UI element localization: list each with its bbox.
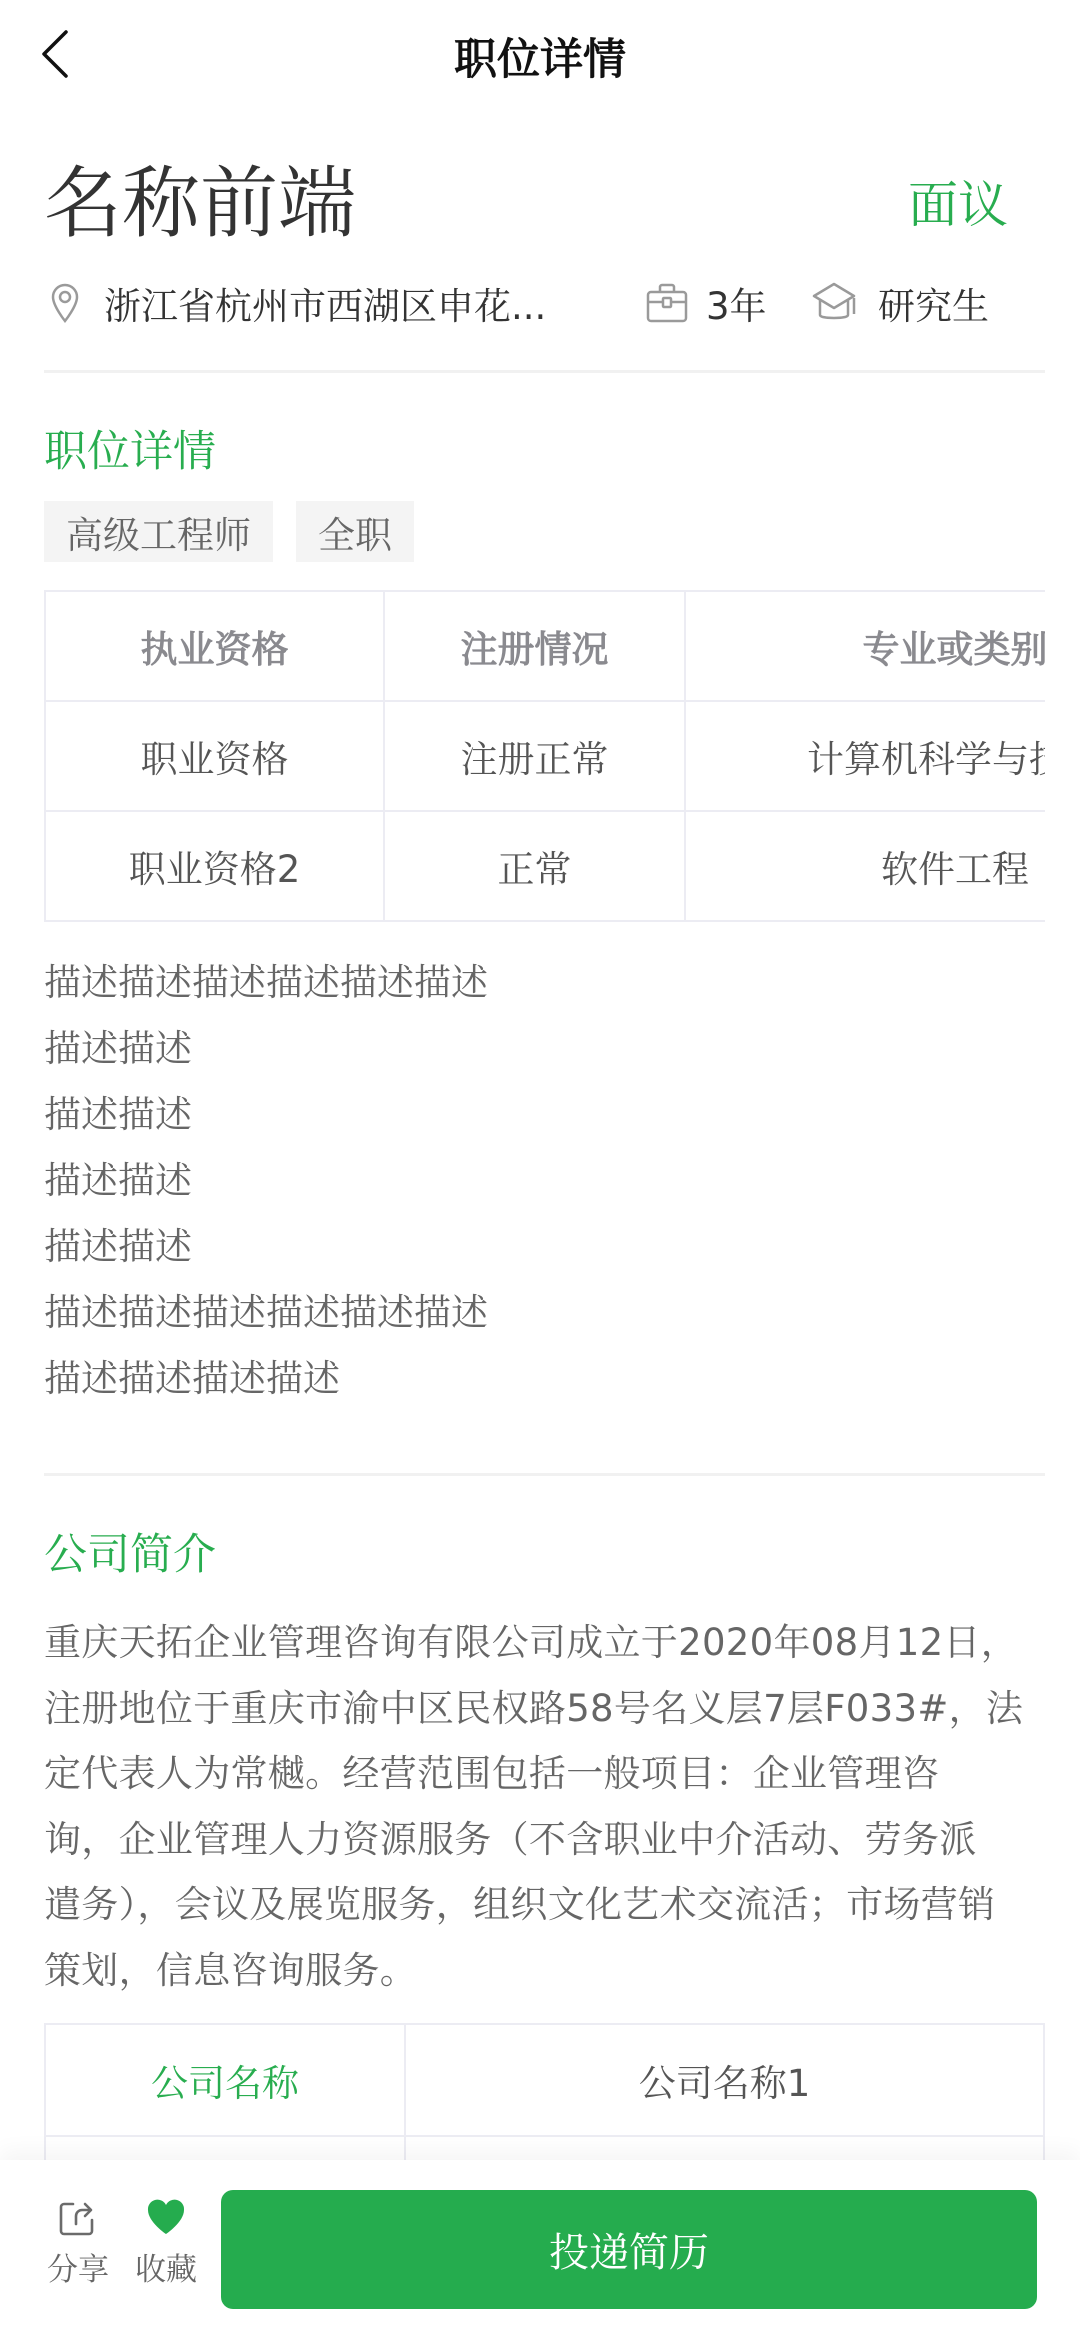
- share-label: 分享: [47, 2250, 109, 2290]
- favorite-label: 收藏: [135, 2250, 197, 2290]
- tag-level: 高级工程师: [44, 501, 273, 562]
- page-title: 职位详情: [0, 30, 1080, 90]
- job-tags: 高级工程师 全职: [44, 501, 414, 562]
- tag-type: 全职: [296, 501, 414, 562]
- company-intro-line: 遣务），会议及展览服务，组织文化艺术交流活；市场营销: [44, 1872, 1050, 1938]
- company-section-title: 公司简介: [44, 1527, 216, 1583]
- table-cell: 计算机科学与技术: [685, 701, 1045, 811]
- job-meta: 浙江省杭州市西湖区申花... 3年 研究生: [44, 275, 1044, 331]
- divider: [44, 370, 1045, 373]
- experience-text: 3年: [706, 276, 767, 330]
- education-text: 研究生: [878, 276, 989, 330]
- table-row: 职业资格 注册正常 计算机科学与技术: [45, 701, 1045, 811]
- table-cell: 注册正常: [384, 701, 685, 811]
- company-intro-line: 注册地位于重庆市渝中区民权路58号名义层7层F033#，法: [44, 1676, 1050, 1742]
- table-header-row: 执业资格 注册情况 专业或类别: [45, 591, 1045, 701]
- briefcase-icon: [646, 283, 688, 323]
- share-icon: [59, 2198, 97, 2236]
- table-header-cell: 注册情况: [384, 591, 685, 701]
- submit-resume-button[interactable]: 投递简历: [221, 2190, 1037, 2309]
- company-intro: 重庆天拓企业管理咨询有限公司成立于2020年08月12日， 注册地位于重庆市渝中…: [44, 1610, 1050, 2003]
- job-detail-section-title: 职位详情: [44, 424, 216, 480]
- job-description: 描述描述描述描述描述描述 描述描述 描述描述 描述描述 描述描述 描述描述描述描…: [44, 950, 488, 1412]
- table-row: 公司名称 公司名称1: [45, 2024, 1044, 2136]
- table-header-cell: 专业或类别: [685, 591, 1045, 701]
- share-button[interactable]: 分享: [38, 2198, 118, 2290]
- company-name-label: 公司名称: [45, 2024, 405, 2136]
- table-cell: 职业资格: [45, 701, 384, 811]
- table-cell: 正常: [384, 811, 685, 921]
- divider: [44, 1473, 1045, 1476]
- description-line: 描述描述描述描述描述描述: [44, 950, 488, 1016]
- description-line: 描述描述: [44, 1214, 488, 1280]
- heart-icon: [146, 2198, 186, 2236]
- description-line: 描述描述描述描述: [44, 1346, 488, 1412]
- table-row: 职业资格2 正常 软件工程: [45, 811, 1045, 921]
- description-line: 描述描述: [44, 1082, 488, 1148]
- qualification-table-scroll[interactable]: 执业资格 注册情况 专业或类别 职业资格 注册正常 计算机科学与技术 职业资格2…: [44, 590, 1045, 922]
- company-name-value: 公司名称1: [405, 2024, 1044, 2136]
- description-line: 描述描述: [44, 1016, 488, 1082]
- salary: 面议: [908, 172, 1008, 238]
- company-intro-line: 重庆天拓企业管理咨询有限公司成立于2020年08月12日，: [44, 1610, 1050, 1676]
- qualification-table: 执业资格 注册情况 专业或类别 职业资格 注册正常 计算机科学与技术 职业资格2…: [44, 590, 1045, 922]
- company-intro-line: 询，企业管理人力资源服务（不含职业中介活动、劳务派: [44, 1807, 1050, 1873]
- company-intro-line: 定代表人为常樾。经营范围包括一般项目：企业管理咨: [44, 1741, 1050, 1807]
- job-experience: 3年: [646, 275, 767, 331]
- company-intro-line: 策划，信息咨询服务。: [44, 1938, 1050, 2004]
- bottom-action-bar: 分享 收藏 投递简历: [0, 2160, 1080, 2337]
- address-text: 浙江省杭州市西湖区申花...: [104, 276, 546, 330]
- job-title: 名称前端: [44, 158, 356, 250]
- nav-header: 职位详情: [0, 0, 1080, 120]
- description-line: 描述描述描述描述描述描述: [44, 1280, 488, 1346]
- graduation-cap-icon: [810, 282, 858, 324]
- table-header-cell: 执业资格: [45, 591, 384, 701]
- description-line: 描述描述: [44, 1148, 488, 1214]
- table-cell: 职业资格2: [45, 811, 384, 921]
- job-address: 浙江省杭州市西湖区申花...: [50, 275, 546, 331]
- table-cell: 软件工程: [685, 811, 1045, 921]
- location-pin-icon: [50, 283, 80, 323]
- favorite-button[interactable]: 收藏: [126, 2198, 206, 2290]
- job-education: 研究生: [810, 275, 989, 331]
